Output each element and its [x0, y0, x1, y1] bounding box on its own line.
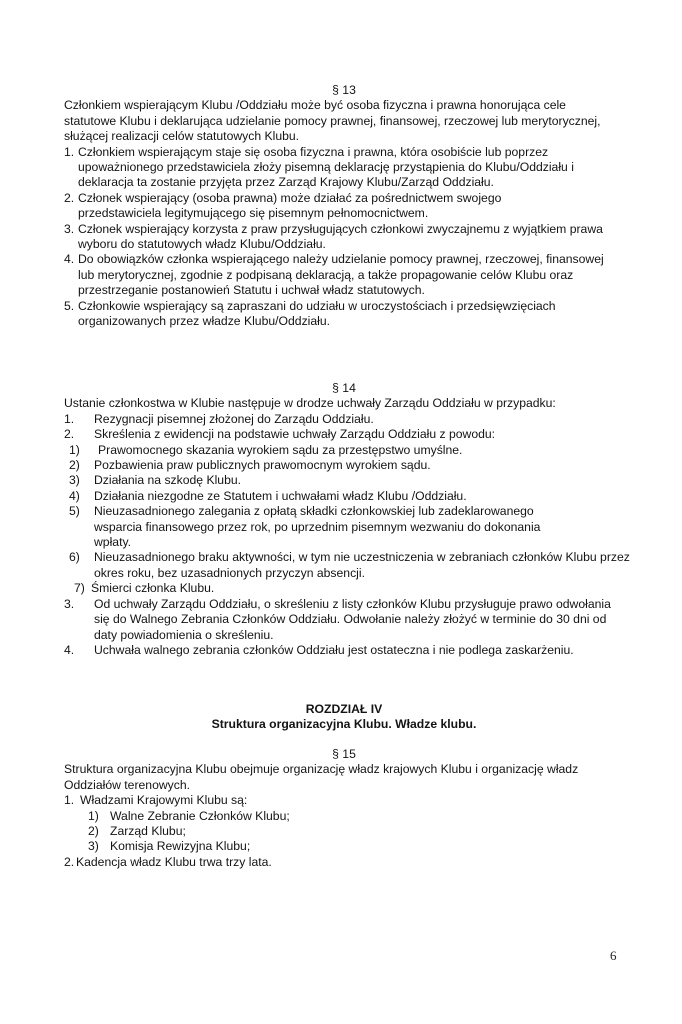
- section-13: § 13 Członkiem wspierającym Klubu /Oddzi…: [64, 83, 624, 330]
- list-item: 1.Władzami Krajowymi Klubu są:: [64, 793, 624, 808]
- chapter-subtitle: Struktura organizacyjna Klubu. Władze kl…: [64, 717, 624, 732]
- sub-list-item: 6)Nieuzasadnionego braku aktywności, w t…: [64, 550, 624, 581]
- list-item: 3.Członek wspierający korzysta z praw pr…: [64, 222, 624, 253]
- section-14: § 14 Ustanie członkostwa w Klubie następ…: [64, 381, 624, 658]
- section-intro: Członkiem wspierającym Klubu /Oddziału m…: [64, 98, 620, 144]
- chapter-header: ROZDZIAŁ IV Struktura organizacyjna Klub…: [64, 702, 624, 733]
- list-item: 5.Członkowie wspierający są zapraszani d…: [64, 299, 624, 330]
- section-intro: Struktura organizacyjna Klubu obejmuje o…: [64, 762, 624, 793]
- sub-list-item: 1)Prawomocnego skazania wyrokiem sądu za…: [64, 443, 624, 458]
- section-heading: § 15: [64, 747, 624, 762]
- list-item: 4.Do obowiązków członka wspierającego na…: [64, 252, 624, 298]
- list-item: 2.Członek wspierający (osoba prawna) moż…: [64, 191, 624, 222]
- page-number: 6: [610, 948, 617, 963]
- section-heading: § 14: [64, 381, 624, 396]
- section-heading: § 13: [64, 83, 624, 98]
- sub-list-item: 7)Śmierci członka Klubu.: [64, 581, 624, 596]
- list-item: 1.Członkiem wspierającym staje się osoba…: [64, 145, 624, 191]
- sub-list-item: 3)Działania na szkodę Klubu.: [64, 473, 624, 488]
- list-item: 2.Skreślenia z ewidencji na podstawie uc…: [64, 427, 624, 442]
- sub-list-item: 2)Zarząd Klubu;: [64, 824, 624, 839]
- sub-list-item: 1)Walne Zebranie Członków Klubu;: [64, 809, 624, 824]
- list-item: 3.Od uchwały Zarządu Oddziału, o skreśle…: [64, 597, 624, 643]
- sub-list-item: 5)Nieuzasadnionego zalegania z opłatą sk…: [64, 504, 624, 550]
- document-page: § 13 Członkiem wspierającym Klubu /Oddzi…: [0, 0, 682, 1024]
- sub-list-item: 2)Pozbawienia praw publicznych prawomocn…: [64, 458, 624, 473]
- list-item: 4.Uchwała walnego zebrania członków Oddz…: [64, 643, 624, 658]
- section-intro: Ustanie członkostwa w Klubie następuje w…: [64, 396, 624, 411]
- sub-list-item: 4)Działania niezgodne ze Statutem i uchw…: [64, 489, 624, 504]
- list-item: 2.Kadencja władz Klubu trwa trzy lata.: [64, 855, 624, 870]
- sub-list-item: 3)Komisja Rewizyjna Klubu;: [64, 839, 624, 854]
- list-item: 1.Rezygnacji pisemnej złożonej do Zarząd…: [64, 412, 624, 427]
- chapter-title: ROZDZIAŁ IV: [64, 702, 624, 717]
- section-15: § 15 Struktura organizacyjna Klubu obejm…: [64, 747, 624, 870]
